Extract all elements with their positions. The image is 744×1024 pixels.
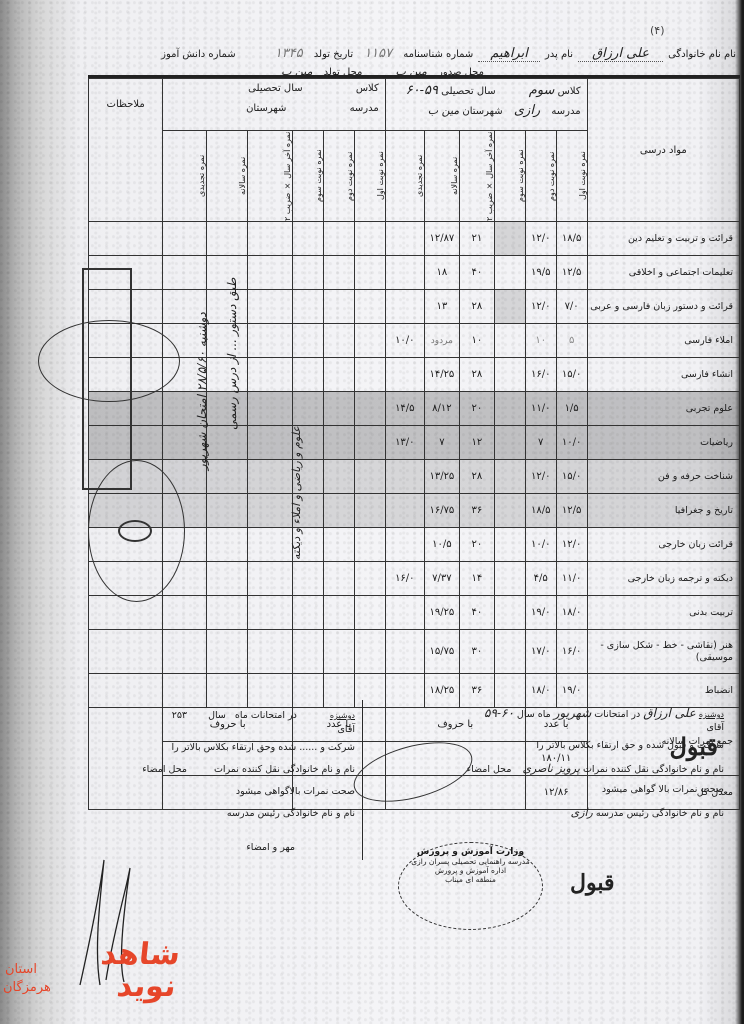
family-name-label: نام نام خانوادگی [668, 49, 736, 60]
col-header: نمره سالانه [206, 131, 247, 222]
table-row: انشاء فارسی ۱۵/۰۱۶/۰ ۲۸۱۴/۲۵ [89, 358, 740, 392]
brand-name-line2: نوید [116, 972, 178, 1002]
father-name-value: ابراهیم [478, 46, 539, 62]
handwritten-note-1: دوشنبه ۲۸/۵/۶۰ امتحان شهریور [195, 220, 217, 470]
col-header: نمره نوبت سوم [293, 131, 324, 222]
birth-date-value: ۱۳۴۵ [269, 46, 309, 61]
header-row-2: محل صدور مین ب محل تولد مین ب [184, 60, 484, 76]
year1-year: ۵۹-۶۰ [406, 83, 438, 98]
col-header: نمره نوبت دوم [323, 131, 354, 222]
oval-stamp-top [38, 320, 180, 402]
col-header: نمره آخر سال × ضریب ۲ [247, 131, 292, 222]
table-row: تاریخ و جغرافیا ۱۲/۵۱۸/۵ ۳۶۱۶/۷۵ [89, 494, 740, 528]
table-row: قرائت زبان خارجی ۱۲/۰۱۰/۰ ۲۰۱۰/۵ [89, 528, 740, 562]
col-header: نمره نوبت اول [354, 131, 385, 222]
table-row: تربیت بدنی ۱۸/۰۱۹/۰ ۴۰۱۹/۲۵ [89, 596, 740, 630]
table-row: شناخت حرفه و فن ۱۵/۰۱۲/۰ ۲۸۱۳/۲۵ [89, 460, 740, 494]
col-header: نمره تجدیدی [163, 131, 206, 222]
table-row: انضباط ۱۹/۰۱۸/۰ ۳۶۱۸/۲۵ [89, 674, 740, 708]
father-name-label: نام پدر [545, 49, 573, 60]
table-row: هنر (نقاشی - خط - شکل سازی - موسیقی) ۱۶/… [89, 630, 740, 674]
page-number: (۴) [650, 24, 665, 37]
brand-name-line1: شاهد [100, 940, 182, 970]
col-header: نمره نوبت اول [556, 131, 587, 222]
col-header: نمره سالانه [424, 131, 459, 222]
year2-header: کلاس سال تحصیلی مدرسه شهرستان [163, 79, 386, 131]
table-row: تعلیمات اجتماعی و اخلاقی ۱۲/۵۱۹/۵ ۴۰۱۸ [89, 256, 740, 290]
brand-watermark: شاهد نوید استان هرمزگان [55, 940, 180, 1020]
col-header: نمره تجدیدی [385, 131, 424, 222]
id-number-label: شماره شناسنامه [403, 49, 473, 60]
col-header: نمره آخر سال × ضریب ۲ [459, 131, 494, 222]
table-row: علوم تجربی ۱/۵۱۱/۰ ۲۰۸/۱۲۱۴/۵ [89, 392, 740, 426]
table-row: املاء فارسی ۵۱۰ ۱۰مردود۱۰/۰ [89, 324, 740, 358]
handwritten-note-2: طبق دستور ... از درس رسمی [225, 230, 247, 430]
table-row: دیکته و ترجمه زبان خارجی ۱۱/۰۴/۵ ۱۴۷/۳۷۱… [89, 562, 740, 596]
col-header: نمره نوبت سوم [494, 131, 525, 222]
notes-header: ملاحظات [89, 79, 163, 222]
year1-header: کلاس سوم سال تحصیلی ۵۹-۶۰ مدرسه رازی شهر… [385, 79, 587, 131]
student-number-label: شماره دانش آموز [161, 49, 236, 60]
emblem-icon [118, 520, 152, 542]
accepted-stamp: قبول [669, 732, 718, 761]
region-line2: هرمزگان [3, 980, 51, 995]
subjects-header: مواد درسی [587, 79, 739, 222]
grades-table: مواد درسی کلاس سوم سال تحصیلی ۵۹-۶۰ مدرس… [88, 78, 740, 810]
year1-school: رازی [506, 103, 548, 118]
accepted-handwritten: قبول [570, 870, 615, 896]
school-stamp: وزارت آموزش و پرورش مدرسه راهنمایی تحصیل… [398, 842, 543, 930]
table-row: ریاضیات ۱۰/۰۷ ۱۲۷۱۳/۰ [89, 426, 740, 460]
table-row: قرائت و تربیت و تعلیم دین ۱۸/۵۱۲/۰ ۲۱۱۲/… [89, 222, 740, 256]
year1-class: سوم [529, 83, 555, 98]
id-number-value: ۱۱۵۷ [358, 46, 398, 61]
footer-left: دوشیزه در امتحانات ماه سال ۲۵۳ آقای شرکت… [100, 710, 355, 853]
col-header: نمره نوبت دوم [525, 131, 556, 222]
family-name-value: علی ارزاق [578, 46, 663, 62]
year1-city: مین ب [428, 104, 459, 117]
header-row-1: نام نام خانوادگی علی ارزاق نام پدر ابراه… [76, 42, 736, 62]
birth-date-label: تاریخ تولد [314, 49, 353, 60]
table-row: قرائت و دستور زبان فارسی و عربی ۷/۰۱۲/۰ … [89, 290, 740, 324]
handwritten-note-3: علوم و ریاضی و املاء و دیکته [290, 400, 312, 560]
region-line1: استان [5, 962, 37, 977]
